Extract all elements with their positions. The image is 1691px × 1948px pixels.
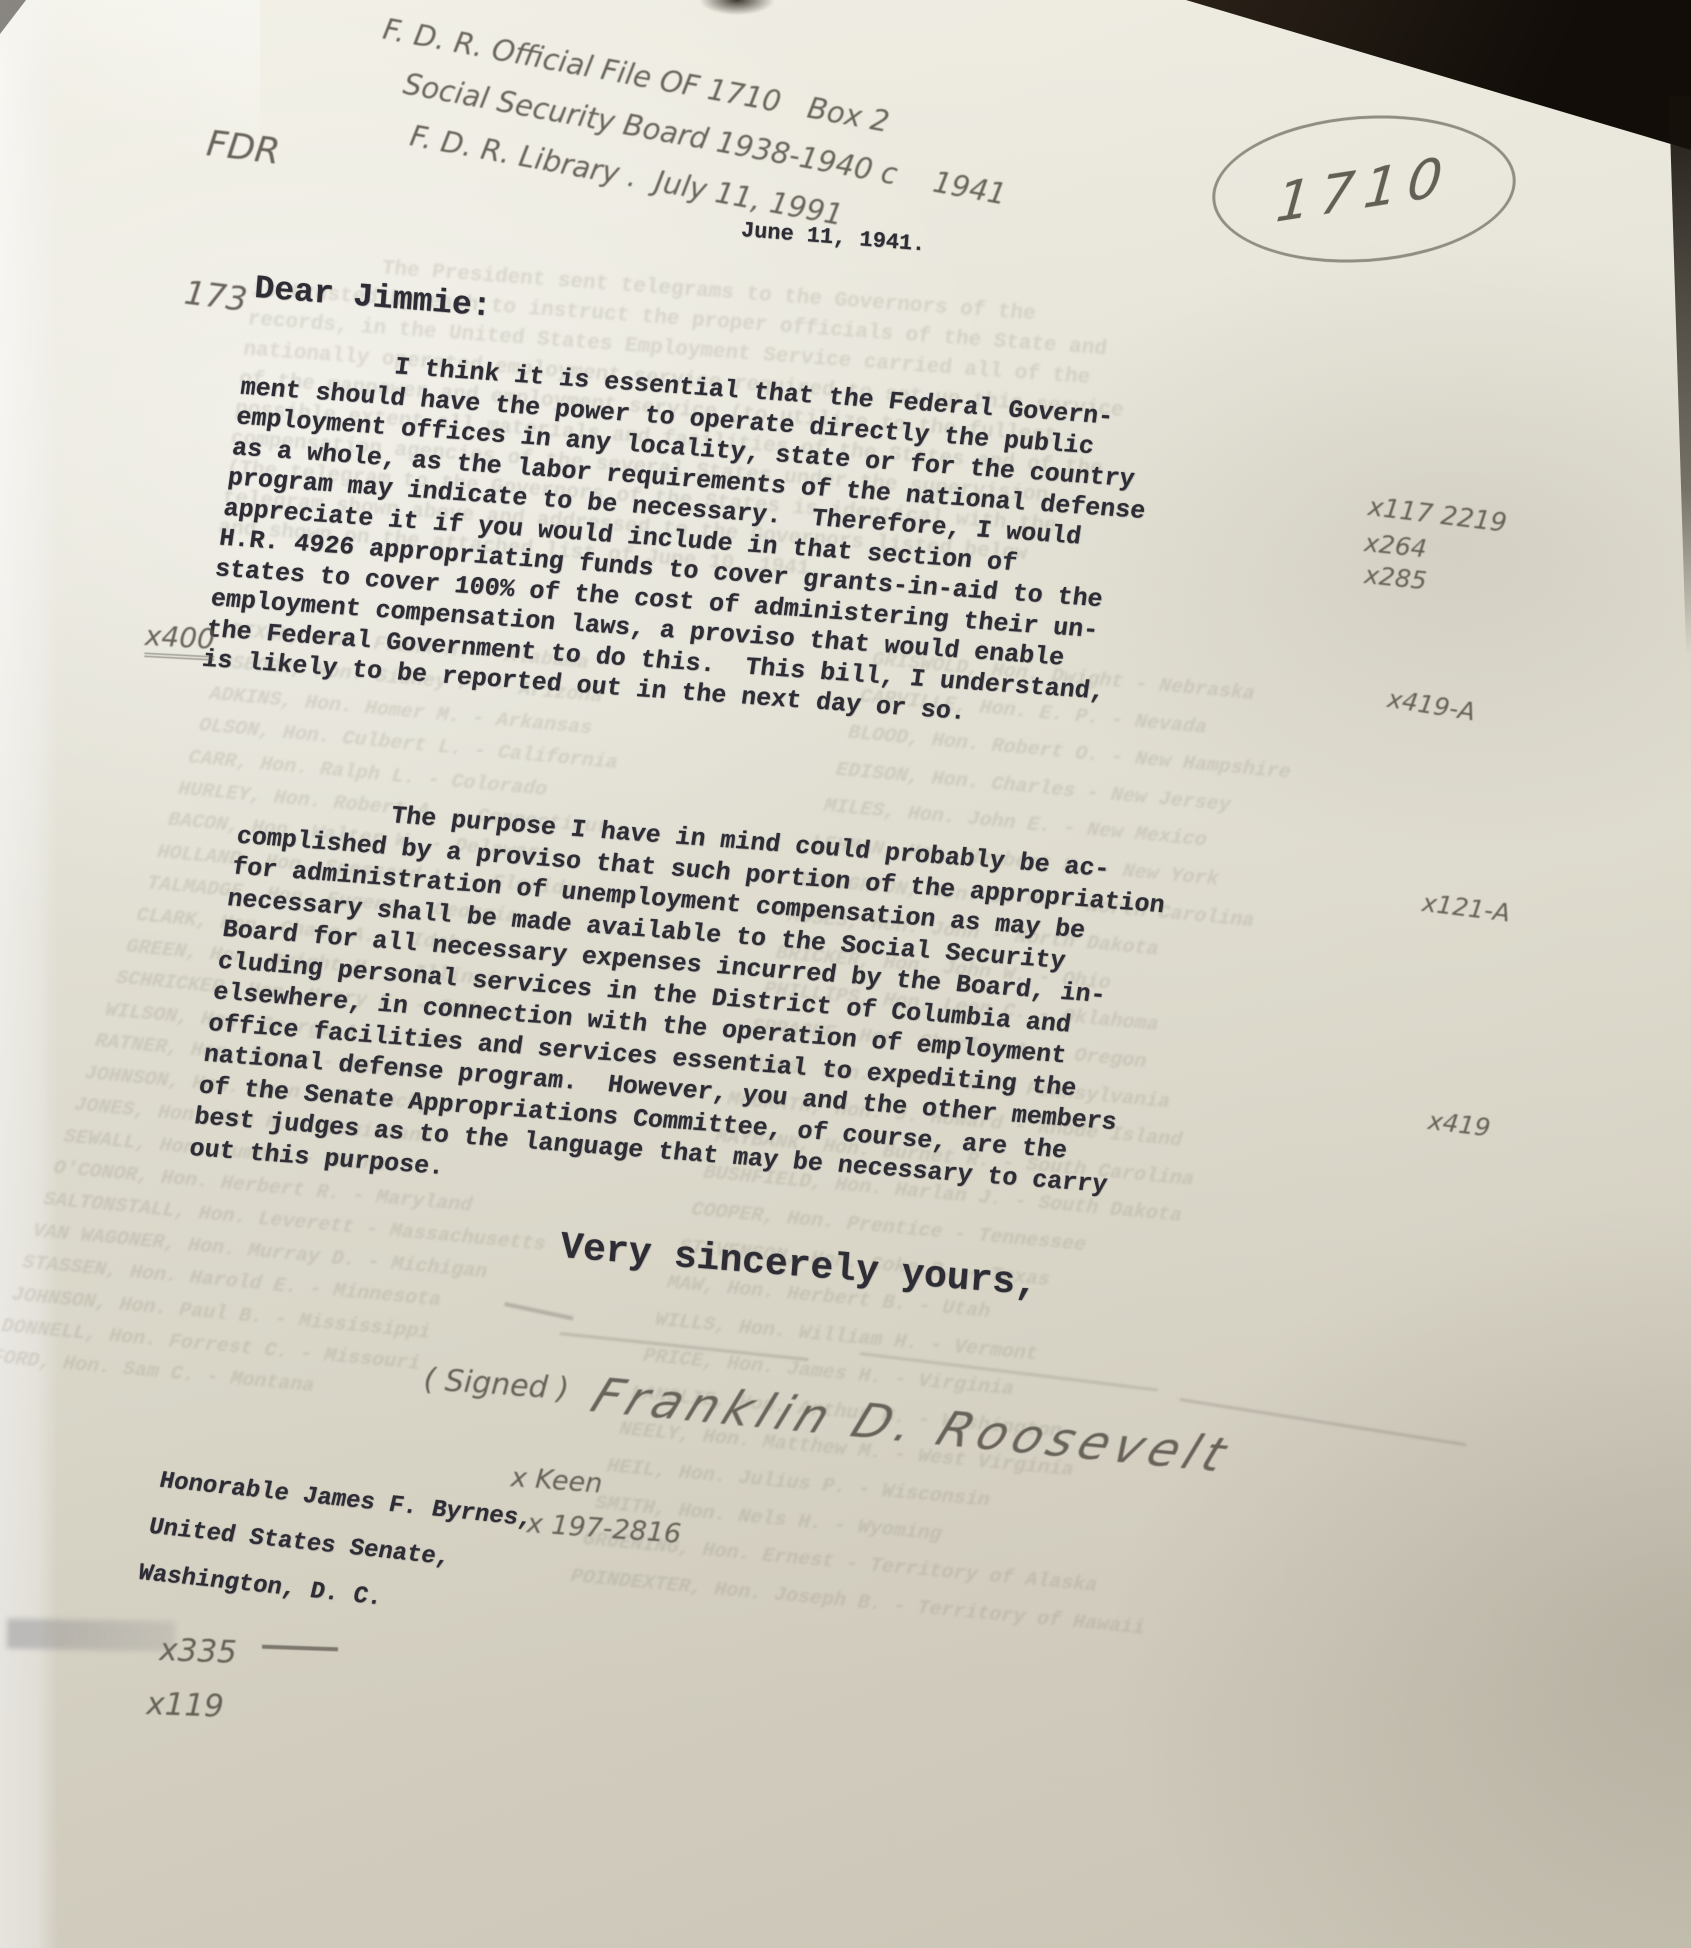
photographed-letter-page: The President sent telegrams to the Gove… xyxy=(0,0,1691,1948)
margin-annotation-right-2: x264 xyxy=(1363,528,1428,563)
recipient-address: Honorable James F. Byrnes,United States … xyxy=(133,1458,537,1636)
annotation-keen: x Keen xyxy=(510,1462,604,1499)
margin-annotation-left-x400-text: x400 xyxy=(144,619,216,661)
faint-stamp xyxy=(7,1619,175,1652)
pencil-dash xyxy=(262,1645,338,1652)
archive-code-line2: 173 xyxy=(181,268,264,327)
letter-paragraph-2: The purpose I have in mind could probabl… xyxy=(187,789,1171,1234)
underlying-page-edge xyxy=(0,0,58,1948)
archive-header-note: F. D. R. Official File OF 1710 Box 2Soci… xyxy=(361,4,1020,269)
dark-top-notch xyxy=(700,0,774,15)
bottom-annotation-x119: x119 xyxy=(146,1686,225,1725)
letter-paragraph-1: I think it is essential that the Federal… xyxy=(200,342,1160,739)
margin-annotation-right-6: x419 xyxy=(1426,1106,1492,1142)
archive-code-line1: FDR xyxy=(204,119,283,178)
margin-annotation-left-x400: x400 xyxy=(107,584,218,688)
circled-file-number: 1710 xyxy=(1207,106,1520,273)
margin-annotation-right-5: x121-A xyxy=(1420,888,1512,928)
dark-background-edge xyxy=(1651,96,1691,656)
circled-file-number-text: 1710 xyxy=(1274,144,1455,235)
margin-annotation-right-3: x285 xyxy=(1363,560,1428,595)
